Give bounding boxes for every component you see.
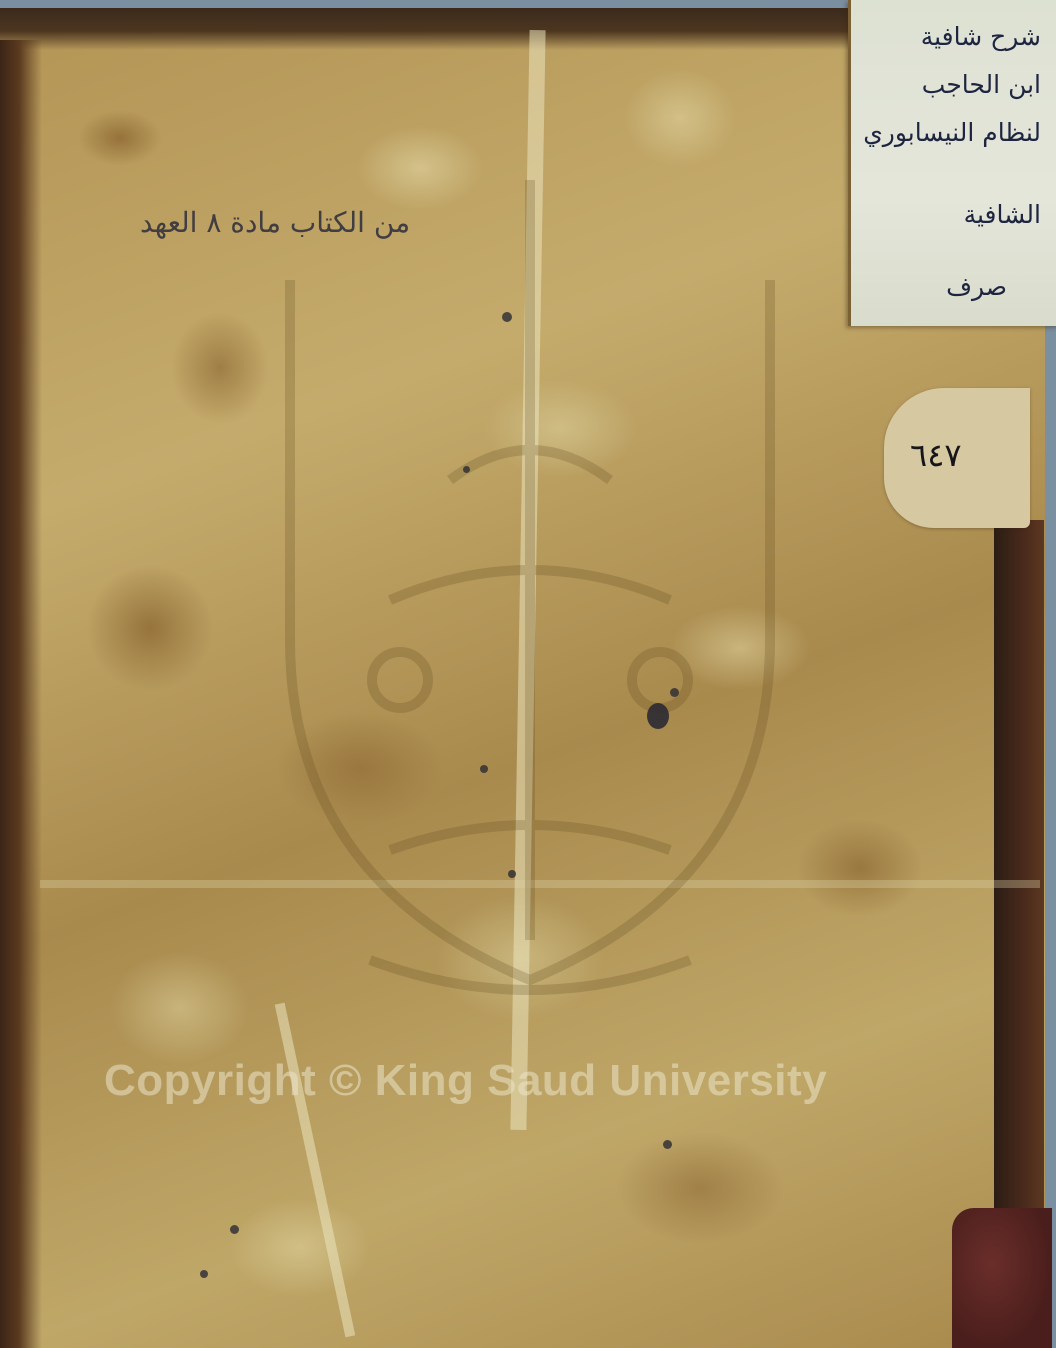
spine-label: شرح شافية ابن الحاجب لنظام النيسابوري ال… bbox=[848, 0, 1056, 326]
label-subject-line: صرف bbox=[946, 272, 1007, 301]
leather-binding-left bbox=[0, 40, 42, 1348]
ink-spot bbox=[502, 312, 512, 322]
ink-spot bbox=[508, 870, 516, 878]
ink-spot bbox=[480, 765, 488, 773]
university-emblem-watermark-icon bbox=[250, 120, 810, 1000]
ink-spot bbox=[663, 1140, 672, 1149]
label-commentator-line: لنظام النيسابوري bbox=[863, 118, 1041, 147]
cover-inscription: من الكتاب مادة ٨ العهد bbox=[140, 206, 410, 239]
ink-spot bbox=[670, 688, 679, 697]
ink-spot bbox=[463, 466, 470, 473]
label-short-title-line: الشافية bbox=[964, 200, 1041, 229]
ink-spot bbox=[230, 1225, 239, 1234]
label-title-line: شرح شافية bbox=[921, 22, 1041, 51]
shelf-number-tag: ٦٤٧ bbox=[884, 388, 1030, 528]
ink-spot bbox=[200, 1270, 208, 1278]
shelf-number: ٦٤٧ bbox=[910, 436, 962, 474]
leather-binding-right bbox=[994, 520, 1044, 1220]
label-author-line: ابن الحاجب bbox=[922, 70, 1041, 99]
leather-corner bbox=[952, 1208, 1052, 1348]
copyright-watermark: Copyright © King Saud University bbox=[104, 1056, 954, 1106]
ink-spot bbox=[647, 703, 669, 729]
